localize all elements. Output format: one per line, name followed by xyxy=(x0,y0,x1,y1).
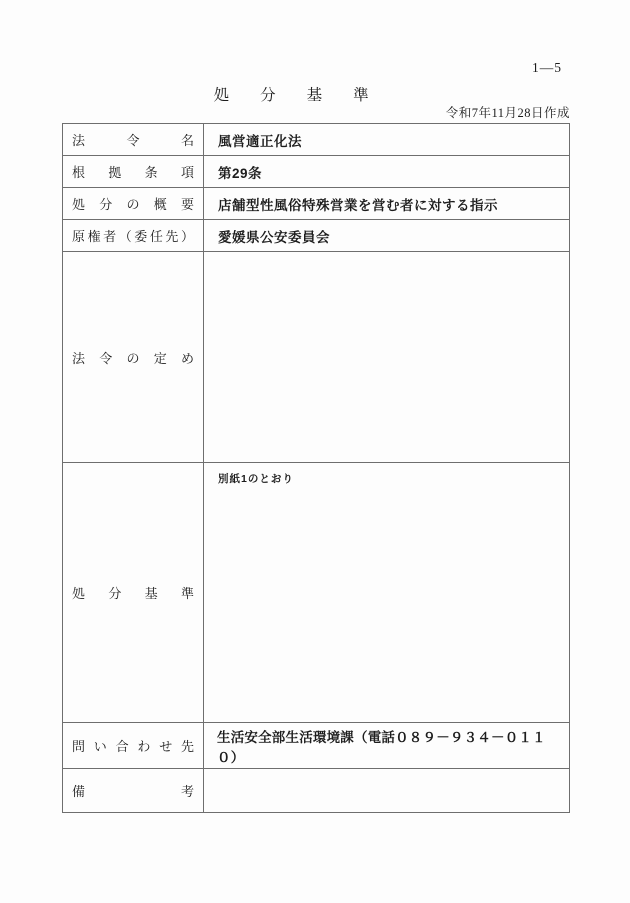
disposition-criteria-label-cell: 処 分 基 準 xyxy=(63,463,204,723)
contact-label-cell: 問 い 合 わ せ 先 xyxy=(63,723,204,769)
legal-basis-value: 第29条 xyxy=(204,156,570,188)
disposition-summary-value: 店舗型性風俗特殊営業を営む者に対する指示 xyxy=(204,188,570,220)
original-authority-label-cell: 原権者（委任先） xyxy=(63,220,204,252)
document-title: 処 分 基 準 xyxy=(0,83,590,105)
law-name-value: 風営適正化法 xyxy=(204,124,570,156)
disposition-summary-label: 処 分 の 概 要 xyxy=(72,194,194,213)
legal-basis-label: 根 拠 条 項 xyxy=(72,162,194,181)
remarks-label: 備 考 xyxy=(72,781,194,800)
row-legal-basis: 根 拠 条 項 第29条 xyxy=(63,156,570,188)
disposition-standards-table: 法 令 名 風営適正化法 根 拠 条 項 第29条 処 分 の 概 要 店舗型性… xyxy=(62,123,570,813)
disposition-criteria-value: 別紙1のとおり xyxy=(204,463,570,723)
law-name-label-cell: 法 令 名 xyxy=(63,124,204,156)
legal-provisions-label-cell: 法 令 の 定 め xyxy=(63,252,204,463)
creation-date: 令和7年11月28日作成 xyxy=(446,103,570,121)
row-disposition-summary: 処 分 の 概 要 店舗型性風俗特殊営業を営む者に対する指示 xyxy=(63,188,570,220)
original-authority-label: 原権者（委任先） xyxy=(72,226,194,245)
contact-value: 生活安全部生活環境課（電話０８９－９３４－０１１０） xyxy=(204,723,570,769)
row-law-name: 法 令 名 風営適正化法 xyxy=(63,124,570,156)
legal-basis-label-cell: 根 拠 条 項 xyxy=(63,156,204,188)
law-name-label: 法 令 名 xyxy=(72,130,194,149)
row-disposition-criteria: 処 分 基 準 別紙1のとおり xyxy=(63,463,570,723)
legal-provisions-label: 法 令 の 定 め xyxy=(72,348,194,367)
contact-label: 問 い 合 わ せ 先 xyxy=(72,736,194,755)
row-legal-provisions: 法 令 の 定 め xyxy=(63,252,570,463)
page-number: 1—5 xyxy=(532,60,562,76)
row-contact: 問 い 合 わ せ 先 生活安全部生活環境課（電話０８９－９３４－０１１０） xyxy=(63,723,570,769)
remarks-value xyxy=(204,769,570,813)
document-page: 1—5 処 分 基 準 令和7年11月28日作成 法 令 名 風営適正化法 根 … xyxy=(0,0,630,903)
disposition-criteria-label: 処 分 基 準 xyxy=(72,583,194,602)
remarks-label-cell: 備 考 xyxy=(63,769,204,813)
original-authority-value: 愛媛県公安委員会 xyxy=(204,220,570,252)
legal-provisions-value xyxy=(204,252,570,463)
row-original-authority: 原権者（委任先） 愛媛県公安委員会 xyxy=(63,220,570,252)
disposition-summary-label-cell: 処 分 の 概 要 xyxy=(63,188,204,220)
row-remarks: 備 考 xyxy=(63,769,570,813)
